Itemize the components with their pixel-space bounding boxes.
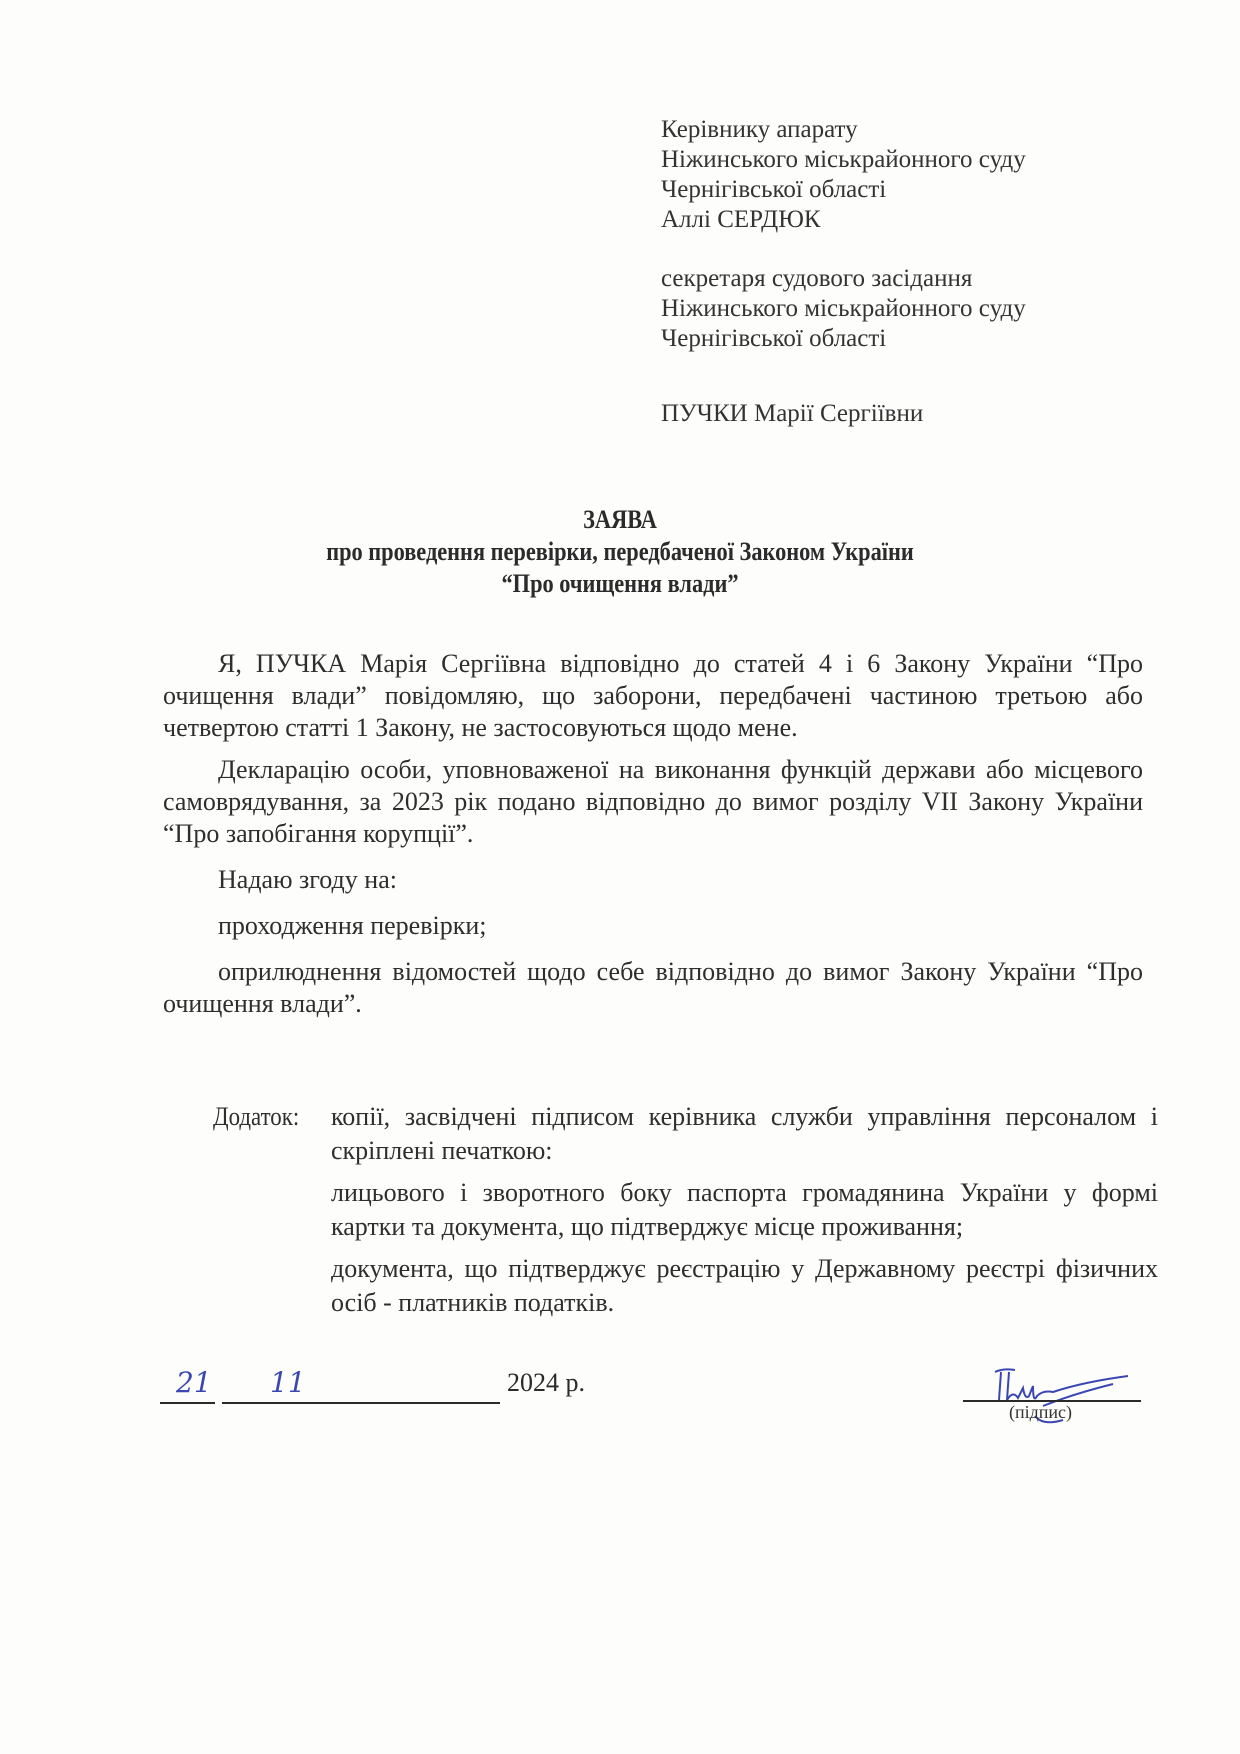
annex-item: документа, що підтверджує реєстрацію у Д…	[331, 1252, 1158, 1320]
sender-name: ПУЧКИ Марії Сергіївни	[661, 399, 923, 429]
addressee-name: Аллі СЕРДЮК	[661, 205, 1026, 235]
sender-block: секретаря судового засідання Ніжинського…	[661, 264, 1026, 354]
annex-intro: копії, засвідчені підписом керівника слу…	[331, 1100, 1158, 1168]
paragraph-consent-item: оприлюднення відомостей щодо себе відпов…	[163, 956, 1143, 1020]
statement-body: Я, ПУЧКА Марія Сергіївна відповідно до с…	[163, 648, 1143, 1030]
title-line: про проведення перевірки, передбаченої З…	[87, 536, 1153, 568]
date-year: 2024 р.	[507, 1368, 585, 1398]
annex-item: лицьового і зворотного боку паспорта гро…	[331, 1176, 1158, 1244]
title-line: “Про очищення влади”	[87, 568, 1153, 600]
signature-block: (підпис)	[963, 1360, 1148, 1440]
annex-label: Додаток:	[213, 1100, 299, 1134]
sender-line: Чернігівської області	[661, 324, 1026, 354]
month-underline	[222, 1402, 500, 1404]
sender-line: Ніжинського міськрайонного суду	[661, 294, 1026, 324]
title-line: ЗАЯВА	[87, 504, 1153, 536]
addressee-line: Керівнику апарату	[661, 115, 1026, 145]
annex-block: Додаток: копії, засвідчені підписом кері…	[213, 1100, 1158, 1328]
addressee-block: Керівнику апарату Ніжинського міськрайон…	[661, 115, 1026, 235]
date-month: 11	[270, 1366, 306, 1399]
paragraph-asset-declaration: Декларацію особи, уповноваженої на викон…	[163, 754, 1143, 850]
date-day: 21	[176, 1366, 212, 1399]
sender-line: секретаря судового засідання	[661, 264, 1026, 294]
addressee-line: Чернігівської області	[661, 175, 1026, 205]
document-title: ЗАЯВА про проведення перевірки, передбач…	[0, 504, 1240, 600]
paragraph-consent-item: проходження перевірки;	[163, 910, 1143, 942]
paragraph-consent: Надаю згоду на:	[163, 864, 1143, 896]
day-underline	[160, 1402, 215, 1404]
signature-caption: (підпис)	[1009, 1402, 1072, 1423]
paragraph-declaration: Я, ПУЧКА Марія Сергіївна відповідно до с…	[163, 648, 1143, 744]
addressee-line: Ніжинського міськрайонного суду	[661, 145, 1026, 175]
